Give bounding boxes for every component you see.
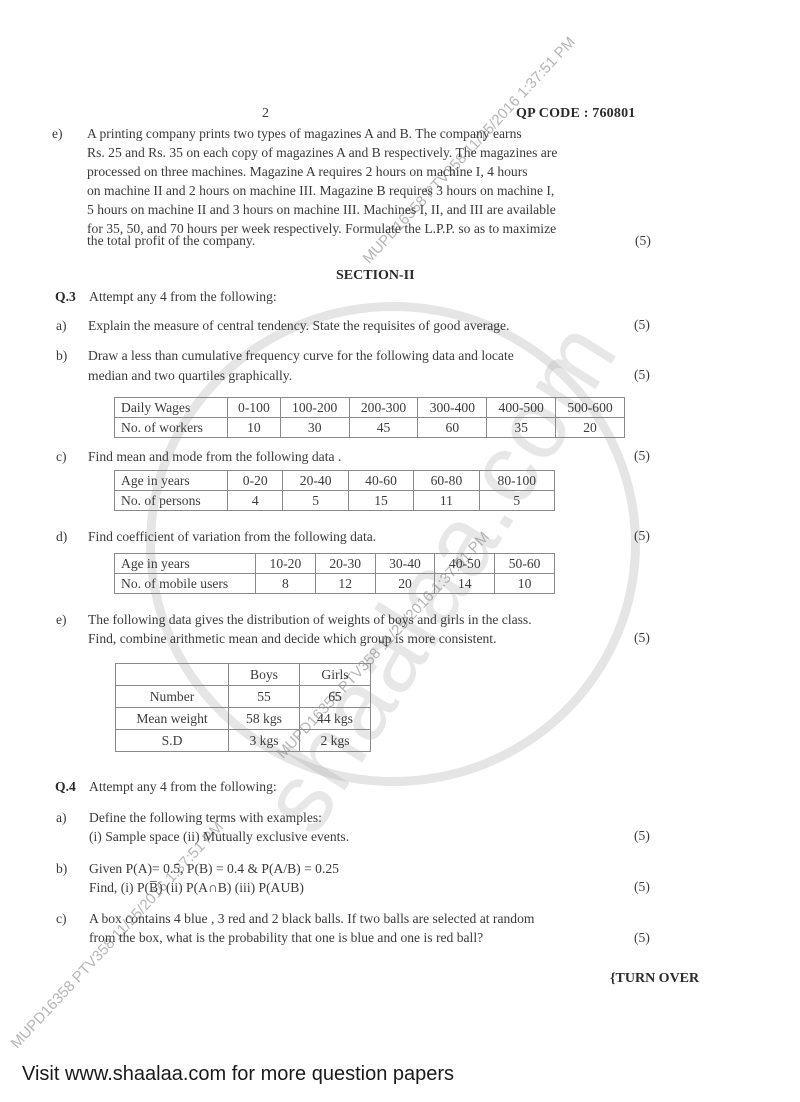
turn-over-note: {TURN OVER (610, 971, 699, 987)
q2e-line-7: the total profit of the company. (87, 231, 255, 250)
q2e-line-3: processed on three machines. Magazine A … (87, 162, 528, 181)
table-cell: 5 (283, 491, 348, 511)
table-cell: No. of persons (115, 491, 228, 511)
q4a-line-2: (i) Sample space (ii) Mutually exclusive… (89, 827, 349, 846)
qp-code: QP CODE : 760801 (516, 106, 635, 122)
table-cell: 20-40 (283, 471, 348, 491)
table-cell: 30-40 (375, 554, 435, 574)
table-cell: Mean weight (116, 708, 229, 730)
q3d-label: d) (56, 527, 67, 546)
table-row: No. of workers 10 30 45 60 35 20 (115, 418, 625, 438)
table-cell: 44 kgs (300, 708, 371, 730)
q2e-line-5: 5 hours on machine II and 3 hours on mac… (87, 200, 556, 219)
table-row: No. of persons 4 5 15 11 5 (115, 491, 555, 511)
table-row: Age in years 0-20 20-40 40-60 60-80 80-1… (115, 471, 555, 491)
table-cell: 100-200 (280, 398, 349, 418)
table-cell: No. of workers (115, 418, 228, 438)
q4b-line-1: Given P(A)= 0.5, P(B) = 0.4 & P(A/B) = 0… (89, 859, 339, 878)
table-row: Daily Wages 0-100 100-200 200-300 300-40… (115, 398, 625, 418)
q3e-label: e) (56, 610, 67, 629)
table-row: Mean weight 58 kgs 44 kgs (116, 708, 371, 730)
q3d-marks: (5) (634, 528, 650, 544)
wages-table: Daily Wages 0-100 100-200 200-300 300-40… (114, 397, 625, 438)
table-cell: 50-60 (495, 554, 555, 574)
table-row: Number 55 65 (116, 686, 371, 708)
q3e-marks: (5) (634, 630, 650, 646)
table-cell: 3 kgs (229, 730, 300, 752)
q4-number: Q.4 (55, 777, 76, 796)
q3b-line-2: median and two quartiles graphically. (88, 366, 292, 385)
table-cell: 65 (300, 686, 371, 708)
table-row: No. of mobile users 8 12 20 14 10 (115, 574, 555, 594)
table-cell: 10-20 (256, 554, 316, 574)
page-number: 2 (262, 106, 269, 122)
q3e-line-1: The following data gives the distributio… (88, 610, 532, 629)
q3c-marks: (5) (634, 448, 650, 464)
q3a-text: Explain the measure of central tendency.… (88, 316, 510, 335)
q2e-line-4: on machine II and 2 hours on machine III… (87, 181, 554, 200)
q3a-marks: (5) (634, 317, 650, 333)
table-row: Age in years 10-20 20-30 30-40 40-50 50-… (115, 554, 555, 574)
q2e-label: e) (52, 124, 63, 143)
table-cell: 15 (348, 491, 413, 511)
q4-instruction: Attempt any 4 from the following: (89, 777, 277, 796)
table-cell: No. of mobile users (115, 574, 256, 594)
q4b-marks: (5) (634, 879, 650, 895)
q4a-label: a) (56, 808, 67, 827)
table-row: S.D 3 kgs 2 kgs (116, 730, 371, 752)
table-cell: Number (116, 686, 229, 708)
q4c-marks: (5) (634, 930, 650, 946)
table-cell: 5 (479, 491, 554, 511)
q2e-marks: (5) (635, 233, 651, 249)
q4a-line-1: Define the following terms with examples… (89, 808, 322, 827)
table-cell: 40-60 (348, 471, 413, 491)
table-cell: 10 (228, 418, 281, 438)
q3c-label: c) (56, 447, 67, 466)
section-title: SECTION-II (336, 268, 415, 284)
q3b-marks: (5) (634, 367, 650, 383)
table-cell: 300-400 (418, 398, 487, 418)
table-cell: 500-600 (556, 398, 625, 418)
q2e-line-1: A printing company prints two types of m… (87, 124, 522, 143)
table-cell: 4 (228, 491, 283, 511)
table-cell: 8 (256, 574, 316, 594)
table-cell: 11 (414, 491, 479, 511)
table-cell: 0-100 (228, 398, 281, 418)
table-cell: 60-80 (414, 471, 479, 491)
table-cell: 45 (349, 418, 418, 438)
age-persons-table: Age in years 0-20 20-40 40-60 60-80 80-1… (114, 470, 555, 511)
table-cell: 80-100 (479, 471, 554, 491)
table-cell: 12 (315, 574, 375, 594)
q3e-line-2: Find, combine arithmetic mean and decide… (88, 629, 496, 648)
table-cell: 14 (435, 574, 495, 594)
q4b-line-2: Find, (i) P(B̅) (ii) P(A∩B) (iii) P(AUB) (89, 878, 304, 897)
q3d-text: Find coefficient of variation from the f… (88, 527, 376, 546)
question-paper-page: shaalaa.com MUPD16358 PTV358 11/25/2016 … (0, 0, 800, 1102)
q3b-line-1: Draw a less than cumulative frequency cu… (88, 346, 514, 365)
table-cell: 40-50 (435, 554, 495, 574)
table-cell: 20-30 (315, 554, 375, 574)
table-cell: S.D (116, 730, 229, 752)
table-cell: 400-500 (487, 398, 556, 418)
q3a-label: a) (56, 316, 67, 335)
table-cell: 58 kgs (229, 708, 300, 730)
q4b-label: b) (56, 859, 67, 878)
q3-number: Q.3 (55, 287, 76, 306)
table-cell (116, 664, 229, 686)
table-cell: 10 (495, 574, 555, 594)
table-cell: 55 (229, 686, 300, 708)
q4c-label: c) (56, 909, 67, 928)
table-cell: 35 (487, 418, 556, 438)
q4c-line-1: A box contains 4 blue , 3 red and 2 blac… (89, 909, 534, 928)
q4a-marks: (5) (634, 828, 650, 844)
table-cell: Girls (300, 664, 371, 686)
q3c-text: Find mean and mode from the following da… (88, 447, 341, 466)
footer-promo-link[interactable]: Visit www.shaalaa.com for more question … (22, 1063, 454, 1086)
table-cell: 60 (418, 418, 487, 438)
table-cell: 20 (375, 574, 435, 594)
q2e-line-2: Rs. 25 and Rs. 35 on each copy of magazi… (87, 143, 557, 162)
table-cell: Boys (229, 664, 300, 686)
table-cell: 2 kgs (300, 730, 371, 752)
table-cell: Daily Wages (115, 398, 228, 418)
q4c-line-2: from the box, what is the probability th… (89, 928, 483, 947)
table-cell: 30 (280, 418, 349, 438)
q3-instruction: Attempt any 4 from the following: (89, 287, 277, 306)
table-cell: 0-20 (228, 471, 283, 491)
q3b-label: b) (56, 346, 67, 365)
table-cell: Age in years (115, 471, 228, 491)
table-cell: Age in years (115, 554, 256, 574)
table-row: Boys Girls (116, 664, 371, 686)
weights-table: Boys Girls Number 55 65 Mean weight 58 k… (115, 663, 371, 752)
table-cell: 200-300 (349, 398, 418, 418)
table-cell: 20 (556, 418, 625, 438)
mobile-users-table: Age in years 10-20 20-30 30-40 40-50 50-… (114, 553, 555, 594)
